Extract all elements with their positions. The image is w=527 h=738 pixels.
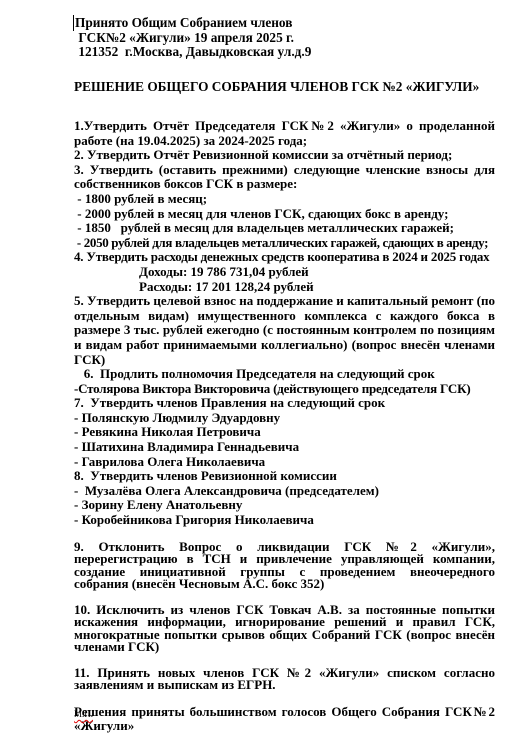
audit-member: - Зорину Елену Анатольевну: [74, 498, 495, 513]
header-line-address: 121352 г.Москва, Давыдковская ул.д.9: [75, 45, 311, 60]
board-member: - Гаврилова Олега Николаевича: [74, 455, 495, 470]
item-5: 5. Утвердить целевой взнос на поддержани…: [74, 294, 495, 367]
item-3: 3. Утвердить (оставить прежними) следующ…: [74, 163, 495, 192]
text-cursor: [73, 15, 74, 31]
fee-line: - 1800 рублей в месяц;: [74, 192, 495, 207]
item-11: 11. Принять новых членов ГСК №2 «Жигули»…: [74, 667, 495, 692]
board-member: - Полянскую Людмилу Эдуардовну: [74, 411, 495, 426]
document-title: РЕШЕНИЕ ОБЩЕГО СОБРАНИЯ ЧЛЕНОВ ГСК №2 «Ж…: [74, 80, 479, 95]
fee-line: - 1850 рублей в месяц для владельцев мет…: [74, 221, 495, 236]
audit-member: - Музалёва Олега Александровича (председ…: [74, 484, 495, 499]
approval-header: Принято Общим Собранием членов ГСК№2 «Жи…: [75, 16, 311, 60]
fee-line: - 2050 рублей для владельцев металлическ…: [74, 236, 495, 251]
item-6: 6. Продлить полномочия Председателя на с…: [74, 367, 495, 382]
header-line-approved: Принято Общим Собранием членов: [75, 16, 311, 31]
item-4: 4. Утвердить расходы денежных средств ко…: [74, 250, 495, 265]
document-page: Принято Общим Собранием членов ГСК№2 «Жи…: [0, 0, 527, 738]
item-10: 10. Исключить из членов ГСК Товкач А.В. …: [74, 604, 495, 654]
header-line-gsk-date: ГСК№2 «Жигули» 19 апреля 2025 г.: [75, 31, 311, 46]
item-9: 9. Отклонить Вопрос о ликвидации ГСК №2 …: [74, 541, 495, 591]
document-body: 1.Утвердить Отчёт Председателя ГСК№2 «Жи…: [74, 119, 495, 734]
conclusion: Решения приняты большинством голосов Общ…: [74, 705, 495, 734]
chairman-name: -Столярова Виктора Викторовича (действую…: [74, 382, 495, 397]
expenses-amount: Расходы: 17 201 128,24 рублей: [74, 280, 495, 295]
item-2: 2. Утвердить Отчёт Ревизионной комиссии …: [74, 148, 495, 163]
board-member: - Ревякина Николая Петровича: [74, 425, 495, 440]
board-member: - Шатихина Владимира Геннадьевича: [74, 440, 495, 455]
item-8: 8. Утвердить членов Ревизионной комиссии: [74, 469, 495, 484]
stamp-placeholder: М.П.: [74, 707, 93, 722]
audit-member: - Коробейникова Григория Николаевича: [74, 513, 495, 528]
item-1: 1.Утвердить Отчёт Председателя ГСК№2 «Жи…: [74, 119, 495, 148]
item-7: 7. Утвердить членов Правления на следующ…: [74, 396, 495, 411]
fee-line: - 2000 рублей в месяц для членов ГСК, сд…: [74, 207, 495, 222]
income-amount: Доходы: 19 786 731,04 рублей: [74, 265, 495, 280]
